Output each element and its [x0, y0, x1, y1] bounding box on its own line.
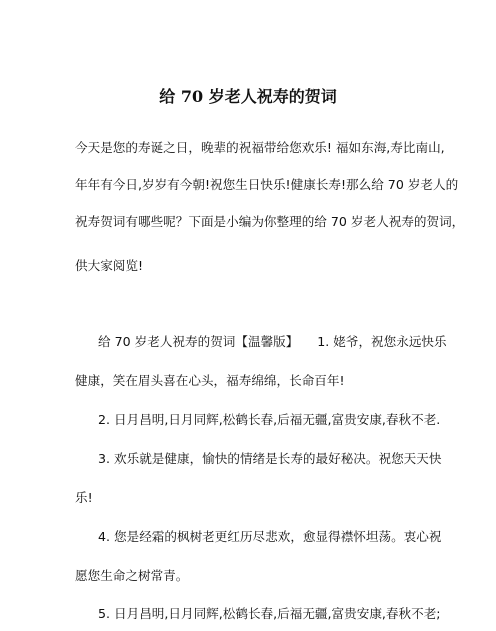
intro-line: 年年有今日,岁岁有今朝!祝您生日快乐!健康长寿!那么给 70 岁老人的 — [75, 176, 458, 194]
body-line: 愿您生命之树常青。 — [75, 567, 188, 585]
intro-line: 今天是您的寿诞之日，晚辈的祝福带给您欢乐! 福如东海,寿比南山, — [75, 139, 445, 157]
body-line: 乐! — [75, 489, 93, 507]
wish-item-2: 2. 日月昌明,日月同辉,松鹤长春,后福无疆,富贵安康,春秋不老. — [98, 411, 440, 429]
intro-line: 祝寿贺词有哪些呢？下面是小编为你整理的给 70 岁老人祝寿的贺词， — [75, 213, 464, 231]
wish-item-4: 4. 您是经霜的枫树老更红历尽悲欢，愈显得襟怀坦荡。衷心祝 — [98, 528, 441, 546]
body-line: 健康，笑在眉头喜在心头，福寿绵绵，长命百年! — [75, 372, 345, 390]
section-heading-line: 给 70 岁老人祝寿的贺词【温馨版】 1. 姥爷，祝您永远快乐 — [98, 333, 447, 351]
document-title: 给 70 岁老人祝寿的贺词 — [0, 86, 496, 108]
wish-item-3: 3. 欢乐就是健康，愉快的情绪是长寿的最好秘决。祝您天天快 — [98, 450, 441, 468]
wish-item-5: 5. 日月昌明,日月同辉,松鹤长春,后福无疆,富贵安康,春秋不老; — [98, 605, 441, 623]
intro-line: 供大家阅览! — [75, 257, 143, 275]
